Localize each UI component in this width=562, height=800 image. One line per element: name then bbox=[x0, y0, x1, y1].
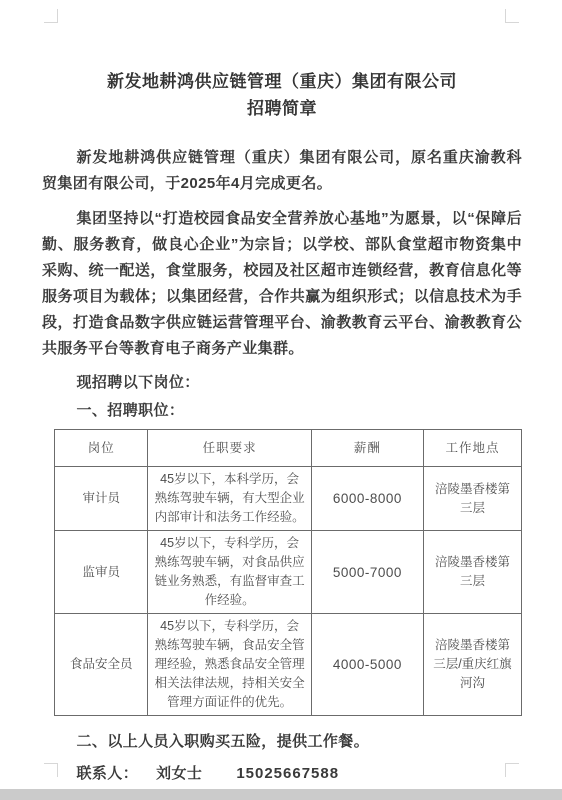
cell-location: 涪陵墨香楼第三层/重庆红旗河沟 bbox=[423, 614, 521, 716]
hiring-intro: 现招聘以下岗位： bbox=[42, 370, 522, 396]
column-header-salary: 薪酬 bbox=[311, 430, 423, 467]
vision-paragraph: 集团坚持以“打造校园食品安全营养放心基地”为愿景，以“保障后勤、服务教育，做良心… bbox=[42, 206, 522, 362]
cell-position: 审计员 bbox=[55, 467, 148, 531]
crop-mark-top-right-icon bbox=[505, 9, 519, 23]
table-row: 审计员 45岁以下，本科学历，会熟练驾驶车辆，有大型企业内部审计和法务工作经验。… bbox=[55, 467, 522, 531]
page-subtitle: 招聘简章 bbox=[42, 95, 522, 122]
contact-phone: 15025667588 bbox=[236, 765, 339, 782]
cell-requirements: 45岁以下，本科学历，会熟练驾驶车辆，有大型企业内部审计和法务工作经验。 bbox=[148, 467, 311, 531]
cell-position: 监审员 bbox=[55, 531, 148, 614]
cell-position: 食品安全员 bbox=[55, 614, 148, 716]
section-two-text: 二、以上人员入职购买五险，提供工作餐。 bbox=[42, 729, 522, 755]
page-title: 新发地耕鸿供应链管理（重庆）集团有限公司 bbox=[42, 68, 522, 95]
table-row: 食品安全员 45岁以下，专科学历，会熟练驾驶车辆，食品安全管理经验，熟悉食品安全… bbox=[55, 614, 522, 716]
contact-label: 联系人： bbox=[77, 765, 139, 782]
intro-paragraph: 新发地耕鸿供应链管理（重庆）集团有限公司，原名重庆渝教科贸集团有限公司，于202… bbox=[42, 145, 522, 197]
document-content: 新发地耕鸿供应链管理（重庆）集团有限公司 招聘简章 新发地耕鸿供应链管理（重庆）… bbox=[42, 68, 522, 787]
cell-salary: 5000-7000 bbox=[311, 531, 423, 614]
cell-salary: 4000-5000 bbox=[311, 614, 423, 716]
contact-name: 刘女士 bbox=[156, 765, 202, 782]
document-page: 新发地耕鸿供应链管理（重庆）集团有限公司 招聘简章 新发地耕鸿供应链管理（重庆）… bbox=[0, 0, 562, 800]
cell-salary: 6000-8000 bbox=[311, 467, 423, 531]
column-header-position: 岗位 bbox=[55, 430, 148, 467]
contact-line: 联系人：刘女士15025667588 bbox=[42, 761, 522, 787]
table-header-row: 岗位 任职要求 薪酬 工作地点 bbox=[55, 430, 522, 467]
column-header-location: 工作地点 bbox=[423, 430, 521, 467]
cell-location: 涪陵墨香楼第三层 bbox=[423, 531, 521, 614]
column-header-requirements: 任职要求 bbox=[148, 430, 311, 467]
positions-table: 岗位 任职要求 薪酬 工作地点 审计员 45岁以下，本科学历，会熟练驾驶车辆，有… bbox=[54, 429, 522, 716]
section-one-heading: 一、招聘职位： bbox=[42, 398, 522, 424]
page-bottom-edge bbox=[0, 789, 562, 800]
cell-requirements: 45岁以下，专科学历，会熟练驾驶车辆，对食品供应链业务熟悉，有监督审查工作经验。 bbox=[148, 531, 311, 614]
cell-location: 涪陵墨香楼第三层 bbox=[423, 467, 521, 531]
cell-requirements: 45岁以下，专科学历，会熟练驾驶车辆，食品安全管理经验，熟悉食品安全管理相关法律… bbox=[148, 614, 311, 716]
crop-mark-top-left-icon bbox=[44, 9, 58, 23]
table-row: 监审员 45岁以下，专科学历，会熟练驾驶车辆，对食品供应链业务熟悉，有监督审查工… bbox=[55, 531, 522, 614]
